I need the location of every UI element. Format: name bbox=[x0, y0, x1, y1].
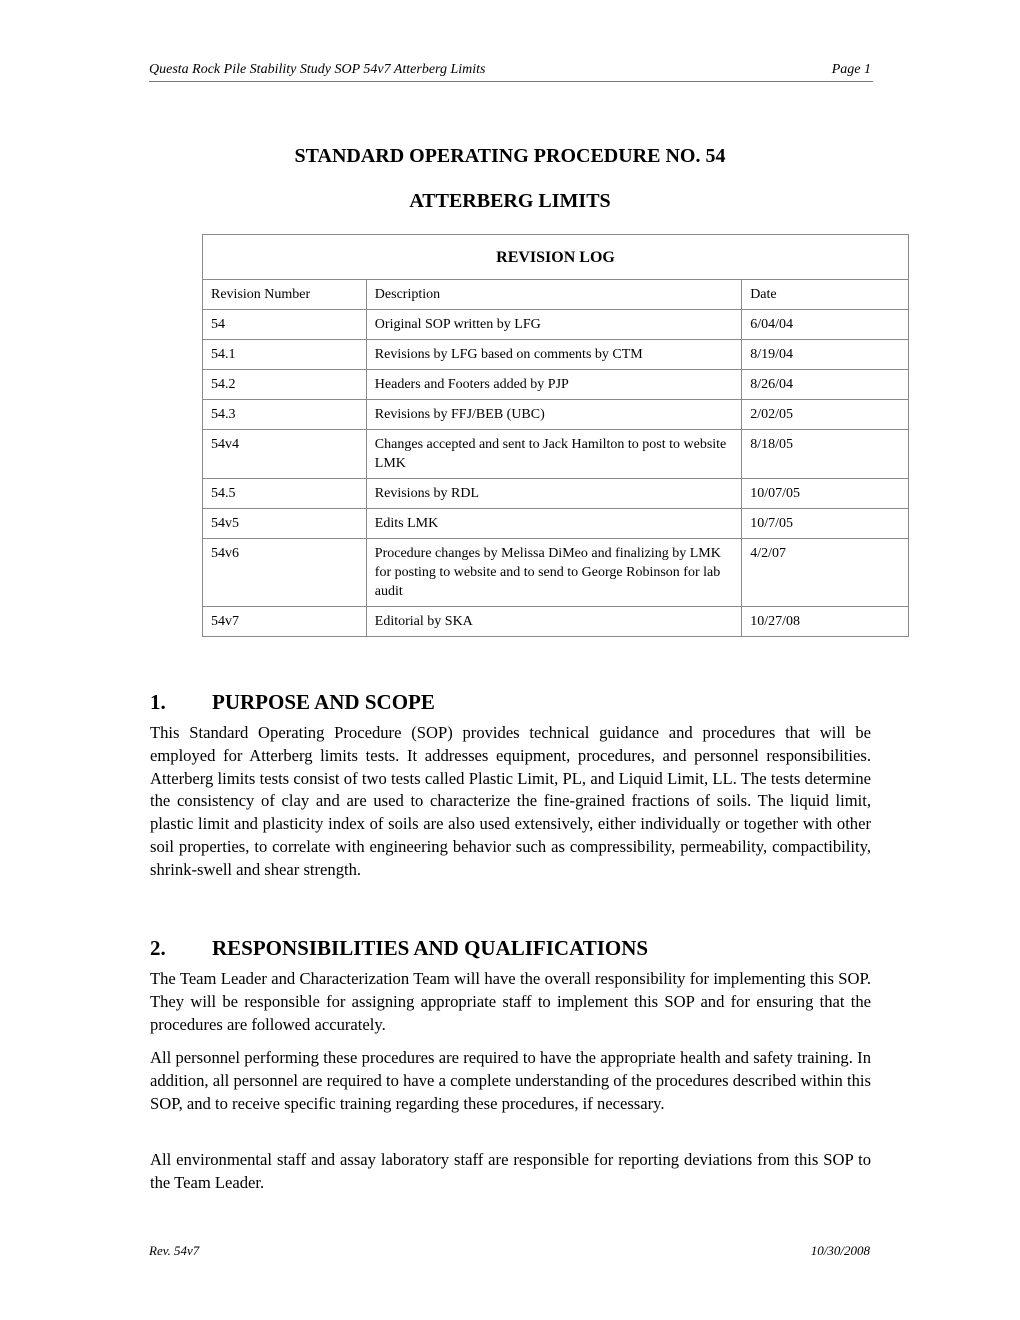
date-cell: 8/26/04 bbox=[742, 370, 909, 400]
column-header-date: Date bbox=[742, 280, 909, 310]
date-cell: 2/02/05 bbox=[742, 400, 909, 430]
section-number: 2. bbox=[150, 936, 212, 961]
description-cell: Changes accepted and sent to Jack Hamilt… bbox=[366, 430, 741, 479]
table-row: 54v6Procedure changes by Melissa DiMeo a… bbox=[203, 539, 909, 607]
responsibilities-paragraph-3: All environmental staff and assay labora… bbox=[150, 1149, 871, 1195]
revision-number-cell: 54v7 bbox=[203, 607, 367, 637]
description-cell: Original SOP written by LFG bbox=[366, 310, 741, 340]
date-cell: 10/07/05 bbox=[742, 479, 909, 509]
description-cell: Revisions by FFJ/BEB (UBC) bbox=[366, 400, 741, 430]
footer-date: 10/30/2008 bbox=[811, 1243, 870, 1259]
revision-number-cell: 54v4 bbox=[203, 430, 367, 479]
footer-revision: Rev. 54v7 bbox=[149, 1243, 199, 1258]
revision-number-cell: 54.5 bbox=[203, 479, 367, 509]
page-header: Questa Rock Pile Stability Study SOP 54v… bbox=[149, 61, 873, 82]
section-heading-purpose-scope: 1.PURPOSE AND SCOPE bbox=[150, 690, 435, 715]
table-row: 54.1Revisions by LFG based on comments b… bbox=[203, 340, 909, 370]
section-title: PURPOSE AND SCOPE bbox=[212, 690, 435, 714]
revision-number-cell: 54v5 bbox=[203, 509, 367, 539]
date-cell: 10/7/05 bbox=[742, 509, 909, 539]
revision-log-caption-row: REVISION LOG bbox=[203, 235, 909, 280]
table-row: 54.3Revisions by FFJ/BEB (UBC)2/02/05 bbox=[203, 400, 909, 430]
description-cell: Editorial by SKA bbox=[366, 607, 741, 637]
description-cell: Revisions by LFG based on comments by CT… bbox=[366, 340, 741, 370]
table-row: 54Original SOP written by LFG6/04/04 bbox=[203, 310, 909, 340]
section-number: 1. bbox=[150, 690, 212, 715]
revision-number-cell: 54.3 bbox=[203, 400, 367, 430]
table-row: 54.2Headers and Footers added by PJP8/26… bbox=[203, 370, 909, 400]
purpose-scope-paragraph: This Standard Operating Procedure (SOP) … bbox=[150, 722, 871, 882]
document-subtitle: ATTERBERG LIMITS bbox=[0, 190, 1020, 213]
date-cell: 4/2/07 bbox=[742, 539, 909, 607]
revision-number-cell: 54 bbox=[203, 310, 367, 340]
date-cell: 10/27/08 bbox=[742, 607, 909, 637]
revision-log-caption: REVISION LOG bbox=[203, 235, 909, 280]
column-header-revision-number: Revision Number bbox=[203, 280, 367, 310]
table-header-row: Revision Number Description Date bbox=[203, 280, 909, 310]
header-page-number: Page 1 bbox=[832, 62, 871, 78]
header-document-title: Questa Rock Pile Stability Study SOP 54v… bbox=[149, 62, 485, 78]
section-heading-responsibilities: 2.RESPONSIBILITIES AND QUALIFICATIONS bbox=[150, 936, 648, 961]
table-row: 54.5Revisions by RDL10/07/05 bbox=[203, 479, 909, 509]
description-cell: Procedure changes by Melissa DiMeo and f… bbox=[366, 539, 741, 607]
responsibilities-paragraph-1: The Team Leader and Characterization Tea… bbox=[150, 968, 871, 1036]
table-row: 54v4Changes accepted and sent to Jack Ha… bbox=[203, 430, 909, 479]
revision-number-cell: 54v6 bbox=[203, 539, 367, 607]
page-footer: Rev. 54v7 10/30/2008 bbox=[149, 1243, 870, 1259]
responsibilities-paragraph-2: All personnel performing these procedure… bbox=[150, 1047, 871, 1115]
document-title: STANDARD OPERATING PROCEDURE NO. 54 bbox=[0, 145, 1020, 168]
description-cell: Headers and Footers added by PJP bbox=[366, 370, 741, 400]
description-cell: Revisions by RDL bbox=[366, 479, 741, 509]
date-cell: 8/19/04 bbox=[742, 340, 909, 370]
revision-log-table: REVISION LOG Revision Number Description… bbox=[202, 234, 909, 637]
description-cell: Edits LMK bbox=[366, 509, 741, 539]
section-title: RESPONSIBILITIES AND QUALIFICATIONS bbox=[212, 936, 648, 960]
date-cell: 6/04/04 bbox=[742, 310, 909, 340]
table-row: 54v7Editorial by SKA10/27/08 bbox=[203, 607, 909, 637]
date-cell: 8/18/05 bbox=[742, 430, 909, 479]
revision-number-cell: 54.1 bbox=[203, 340, 367, 370]
column-header-description: Description bbox=[366, 280, 741, 310]
revision-number-cell: 54.2 bbox=[203, 370, 367, 400]
table-row: 54v5Edits LMK10/7/05 bbox=[203, 509, 909, 539]
